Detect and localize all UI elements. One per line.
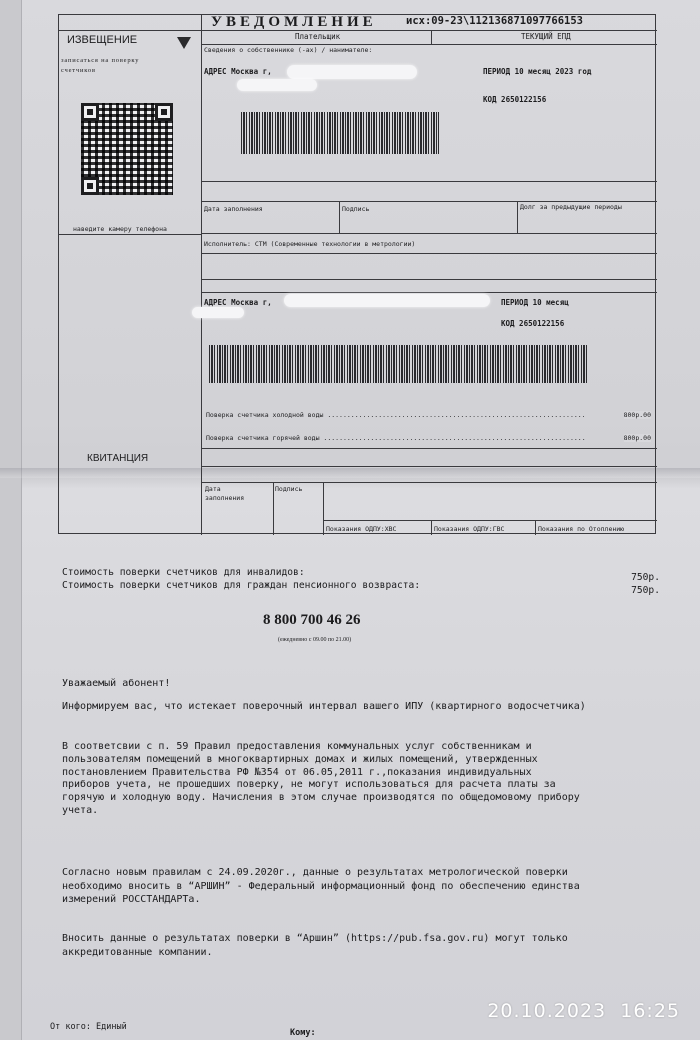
paragraph-line: В соответсвии с п. 59 Правил предоставле… xyxy=(62,741,580,754)
reading-cold-water: Показания ОДПУ:ХВС xyxy=(326,525,396,533)
reading-hot-water: Показания ОДПУ:ГВС xyxy=(434,525,504,533)
redacted-address xyxy=(237,79,317,91)
prior-debt-label: Долг за предыдущие периоды xyxy=(520,203,622,211)
qr-caption: наведите камеру телефона xyxy=(73,225,167,233)
date-filled-label: Дата заполнения xyxy=(204,205,263,213)
notice-address: АДРЕС Москва г, xyxy=(204,67,272,76)
contact-phone: 8 800 700 46 26 xyxy=(263,612,361,629)
notice-label: ИЗВЕЩЕНИЕ xyxy=(67,34,137,46)
paper-edge xyxy=(0,0,22,1040)
reading-heating: Показания по Отоплению xyxy=(538,525,624,533)
contact-hours: (ежедневно с 09.00 по 21.00) xyxy=(278,637,351,643)
service-name: Поверка счетчика холодной воды xyxy=(206,411,323,419)
current-epd-label: ТЕКУЩИЙ ЕПД xyxy=(521,32,571,41)
paragraph-line: аккредитованные компании. xyxy=(62,946,568,960)
paragraph-line: Согласно новым правилам с 24.09.2020г., … xyxy=(62,866,580,880)
redacted-address xyxy=(192,307,244,318)
signup-text-line1: записаться на поверку xyxy=(61,57,139,65)
barcode xyxy=(209,345,587,383)
paragraph-line: пользователям помещений в многоквартирны… xyxy=(62,754,580,767)
qr-finder-icon xyxy=(81,103,99,121)
signature-label: Подпись xyxy=(342,205,369,213)
receipt-date-label-2: заполнения xyxy=(205,494,244,502)
triangle-marker-icon xyxy=(177,37,191,49)
receipt-period: ПЕРИОД 10 месяц xyxy=(501,298,569,307)
footer-to: Кому: xyxy=(290,1028,316,1038)
price-pensioner-value: 750р. xyxy=(631,585,660,596)
notice-code: КОД 2650122156 xyxy=(483,95,546,104)
owner-info-label: Сведения о собственнике (-ах) / нанимате… xyxy=(204,46,372,54)
timestamp-time: 16:25 xyxy=(620,1000,680,1022)
price-disabled-label: Стоимость поверки счетчиков для инвалидо… xyxy=(62,566,305,579)
letter-paragraph-1: В соответсвии с п. 59 Правил предоставле… xyxy=(62,741,580,818)
paragraph-line: измерений РОССТАНДАРТа. xyxy=(62,893,580,907)
paragraph-line: постановлением Правительства РФ №354 от … xyxy=(62,767,580,780)
receipt-code: КОД 2650122156 xyxy=(501,319,564,328)
leader-dots: ........................................… xyxy=(323,411,585,419)
redacted-address xyxy=(284,294,490,307)
receipt-date-label-1: Дата xyxy=(205,485,221,493)
paragraph-line: Вносить данные о результатах поверки в “… xyxy=(62,932,568,946)
photo-timestamp: 20.10.2023 16:25 xyxy=(487,1000,680,1022)
letter-greeting: Уважаемый абонент! xyxy=(62,677,170,690)
qr-finder-icon xyxy=(81,177,99,195)
service-cold-water: Поверка счетчика холодной воды .........… xyxy=(206,411,654,419)
paragraph-line: приборов учета, не прошедших поверку, не… xyxy=(62,779,580,792)
executor-label: Исполнитель: СТМ (Современные технологии… xyxy=(204,240,415,248)
paragraph-line: необходимо вносить в “АРШИН” - Федеральн… xyxy=(62,880,580,894)
service-hot-water: Поверка счетчика горячей воды ..........… xyxy=(206,434,654,442)
letter-paragraph-3: Вносить данные о результатах поверки в “… xyxy=(62,932,568,959)
paragraph-line: учета. xyxy=(62,805,580,818)
service-price: 800р.00 xyxy=(624,434,651,442)
paragraph-line: горячую и холодную воду. Начисления в эт… xyxy=(62,792,580,805)
service-price: 800р.00 xyxy=(624,411,651,419)
footer-from: От кого: Единый xyxy=(50,1022,127,1032)
receipt-address: АДРЕС Москва г, xyxy=(204,298,272,307)
service-name: Поверка счетчика горячей воды xyxy=(206,434,320,442)
letter-intro: Информируем вас, что истекает поверочный… xyxy=(62,700,586,713)
document-title: УВЕДОМЛЕНИЕ xyxy=(211,14,377,31)
qr-code[interactable] xyxy=(81,103,173,195)
notice-period: ПЕРИОД 10 месяц 2023 год xyxy=(483,67,591,76)
price-disabled-value: 750р. xyxy=(631,572,660,583)
leader-dots: ........................................… xyxy=(320,434,586,442)
letter-paragraph-2: Согласно новым правилам с 24.09.2020г., … xyxy=(62,866,580,907)
payer-label: Плательщик xyxy=(295,32,340,41)
notice-form: УВЕДОМЛЕНИЕ исх:09-23\112136871097766153… xyxy=(58,14,656,534)
redacted-address xyxy=(287,65,417,79)
signup-text-line2: счетчиков xyxy=(61,67,96,75)
qr-finder-icon xyxy=(155,103,173,121)
barcode xyxy=(241,112,439,154)
reference-number: исх:09-23\112136871097766153 xyxy=(406,17,583,26)
receipt-signature-label: Подпись xyxy=(275,485,302,493)
timestamp-date: 20.10.2023 xyxy=(487,1000,606,1022)
receipt-label: КВИТАНЦИЯ xyxy=(87,453,148,464)
price-pensioner-label: Стоимость поверки счетчиков для граждан … xyxy=(62,579,420,592)
